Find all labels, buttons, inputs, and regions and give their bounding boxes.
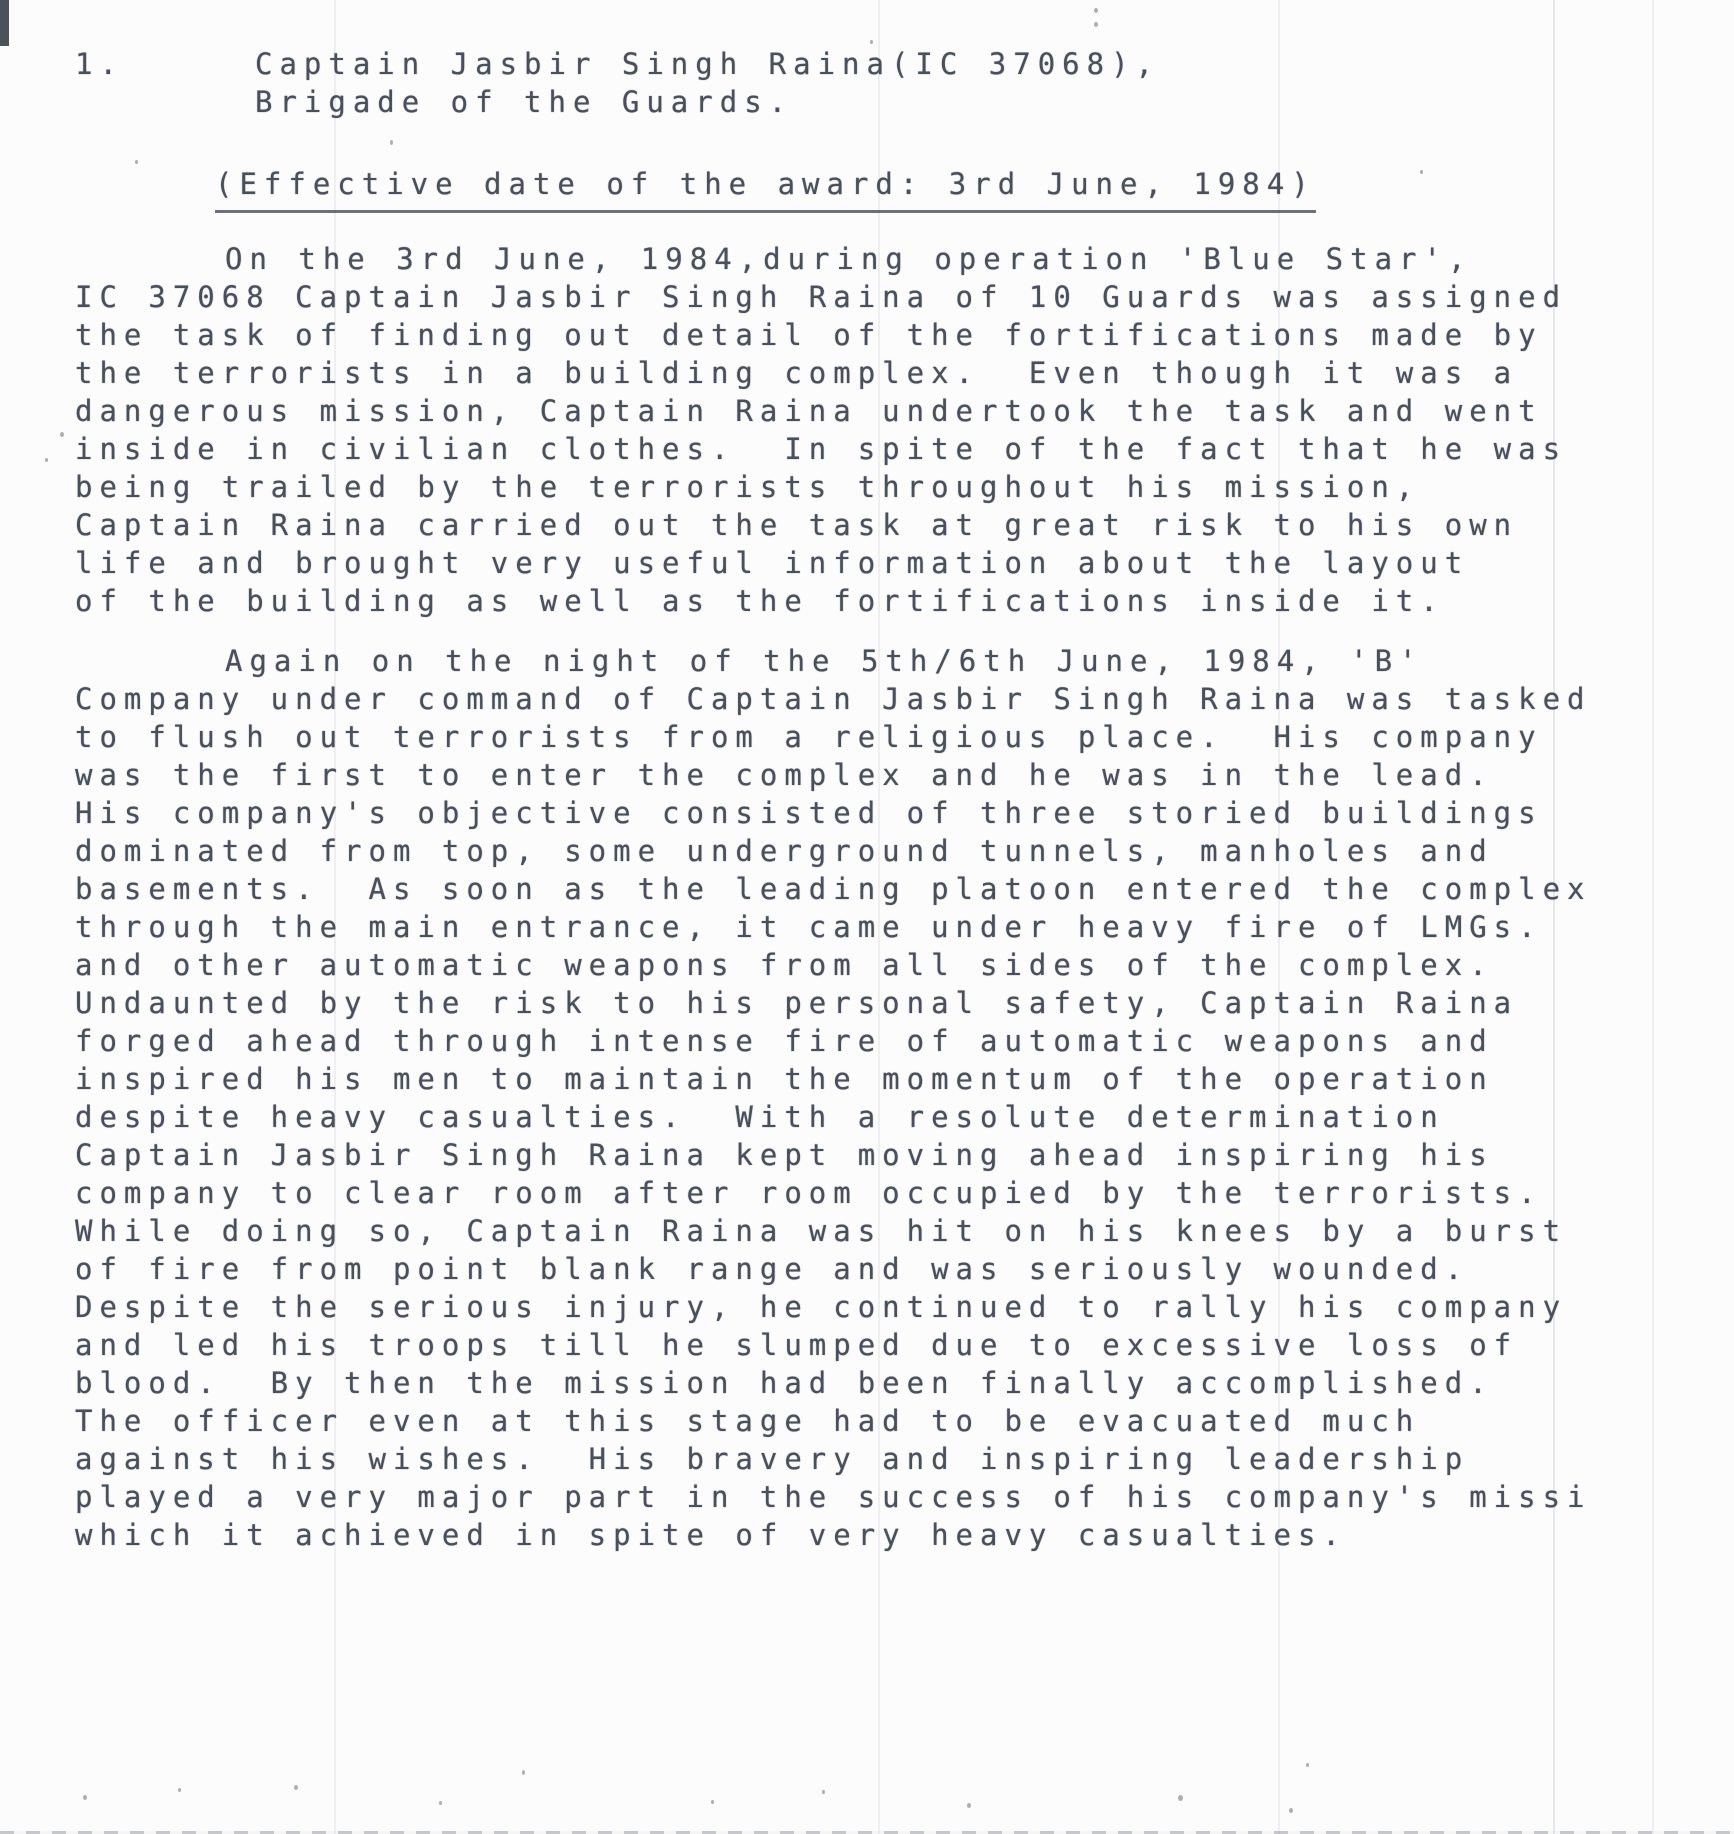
award-heading: 1. Captain Jasbir Singh Raina(IC 37068),… [75, 45, 1160, 121]
scan-streak-vertical [1652, 0, 1654, 1834]
scan-speck [439, 1801, 442, 1805]
scan-speck [294, 1785, 298, 1790]
scan-speck [83, 1795, 87, 1800]
scan-speck [60, 432, 64, 437]
scan-speck [1094, 22, 1098, 27]
recipient-block: Captain Jasbir Singh Raina(IC 37068), Br… [255, 45, 1160, 121]
document-page: 1. Captain Jasbir Singh Raina(IC 37068),… [0, 0, 1734, 1834]
scan-speck [822, 1790, 825, 1794]
recipient-name-line: Captain Jasbir Singh Raina(IC 37068), [255, 45, 1160, 83]
item-number: 1. [75, 45, 255, 121]
scan-speck [135, 160, 138, 164]
effective-date-line: (Effective date of the award: 3rd June, … [215, 165, 1316, 213]
scan-speck [45, 458, 48, 462]
scan-speck [711, 1800, 714, 1804]
scan-speck [1306, 1763, 1309, 1767]
scan-speck [390, 140, 393, 145]
citation-paragraph-1: On the 3rd June, 1984,during operation '… [75, 240, 1567, 620]
scan-speck [1178, 1795, 1183, 1801]
scan-speck [870, 40, 873, 44]
scan-speck [1094, 8, 1098, 13]
citation-paragraph-2: Again on the night of the 5th/6th June, … [75, 642, 1592, 1554]
scan-speck [178, 1788, 181, 1792]
scan-speck [1420, 170, 1423, 174]
scan-speck [1289, 1808, 1293, 1813]
recipient-unit-line: Brigade of the Guards. [255, 83, 1160, 121]
scan-corner-mark [0, 0, 9, 46]
scan-speck [967, 1803, 971, 1808]
scan-speck [522, 1770, 525, 1775]
effective-date-wrap: (Effective date of the award: 3rd June, … [215, 165, 1316, 213]
